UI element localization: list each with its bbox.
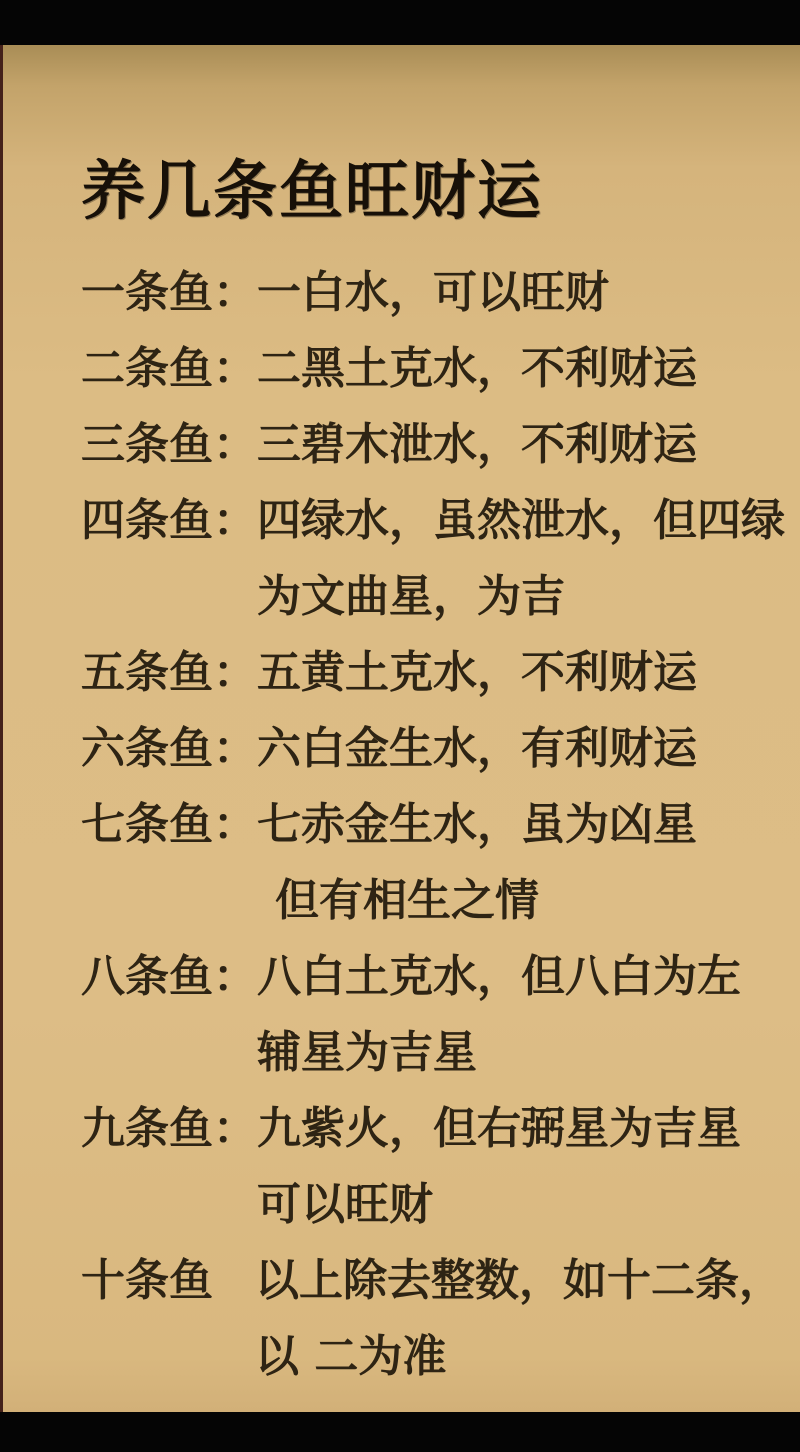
fish-row-10: 十条鱼 以上除去整数，如十二条， 以 二为准: [81, 1243, 782, 1395]
row-label: 五条鱼：: [81, 635, 257, 711]
row-text-line2: 辅星为吉星: [257, 1015, 782, 1091]
fish-rows-list: 一条鱼： 一白水，可以旺财 二条鱼： 二黑土克水，不利财运 三条鱼： 三碧木泄水…: [81, 255, 782, 1395]
row-text-line1: 七赤金生水，虽为凶星: [257, 787, 782, 863]
page-title: 养几条鱼旺财运: [81, 157, 782, 227]
row-text-line1: 五黄土克水，不利财运: [257, 635, 782, 711]
row-text: 一白水，可以旺财: [257, 255, 782, 331]
row-text-line1: 二黑土克水，不利财运: [257, 331, 782, 407]
fish-row-3: 三条鱼： 三碧木泄水，不利财运: [81, 407, 782, 483]
row-text: 三碧木泄水，不利财运: [257, 407, 782, 483]
screenshot-stage: 养几条鱼旺财运 一条鱼： 一白水，可以旺财 二条鱼： 二黑土克水，不利财运 三条…: [0, 0, 800, 1452]
top-letterbox-bar: [0, 0, 800, 45]
row-text: 五黄土克水，不利财运: [257, 635, 782, 711]
row-text-line1: 一白水，可以旺财: [257, 255, 782, 331]
row-label: 六条鱼：: [81, 711, 257, 787]
fish-row-4: 四条鱼： 四绿水，虽然泄水，但四绿 为文曲星，为吉: [81, 483, 782, 635]
row-text-line1: 以上除去整数，如十二条，: [255, 1243, 783, 1319]
row-text: 四绿水，虽然泄水，但四绿 为文曲星，为吉: [257, 483, 785, 635]
row-text-line2: 但有相生之情: [257, 863, 782, 939]
row-label: 一条鱼：: [81, 255, 257, 331]
bottom-letterbox-bar: [0, 1412, 800, 1452]
fish-row-8: 八条鱼： 八白土克水，但八白为左 辅星为吉星: [81, 939, 782, 1091]
row-text-line1: 四绿水，虽然泄水，但四绿: [257, 483, 785, 559]
row-label: 八条鱼：: [81, 939, 257, 1015]
row-text: 二黑土克水，不利财运: [257, 331, 782, 407]
row-text-line1: 六白金生水，有利财运: [257, 711, 782, 787]
fish-row-6: 六条鱼： 六白金生水，有利财运: [81, 711, 782, 787]
row-text-line1: 八白土克水，但八白为左: [257, 939, 782, 1015]
row-text: 九紫火，但右弼星为吉星 可以旺财: [257, 1091, 782, 1243]
row-text-line1: 三碧木泄水，不利财运: [257, 407, 782, 483]
row-label: 三条鱼：: [81, 407, 257, 483]
fish-row-7: 七条鱼： 七赤金生水，虽为凶星 但有相生之情: [81, 787, 782, 939]
fish-row-5: 五条鱼： 五黄土克水，不利财运: [81, 635, 782, 711]
row-text-line1: 九紫火，但右弼星为吉星: [257, 1091, 782, 1167]
row-text-line2: 为文曲星，为吉: [257, 559, 785, 635]
row-text: 七赤金生水，虽为凶星 但有相生之情: [257, 787, 782, 939]
row-text: 八白土克水，但八白为左 辅星为吉星: [257, 939, 782, 1091]
fish-row-1: 一条鱼： 一白水，可以旺财: [81, 255, 782, 331]
row-label: 十条鱼: [81, 1243, 255, 1319]
row-text: 以上除去整数，如十二条， 以 二为准: [255, 1243, 783, 1395]
fish-fengshui-card: 养几条鱼旺财运 一条鱼： 一白水，可以旺财 二条鱼： 二黑土克水，不利财运 三条…: [0, 45, 800, 1412]
row-label: 二条鱼：: [81, 331, 257, 407]
fish-row-2: 二条鱼： 二黑土克水，不利财运: [81, 331, 782, 407]
row-text: 六白金生水，有利财运: [257, 711, 782, 787]
row-text-line2: 可以旺财: [257, 1167, 782, 1243]
row-label: 九条鱼：: [81, 1091, 257, 1167]
row-label: 四条鱼：: [81, 483, 257, 559]
row-label: 七条鱼：: [81, 787, 257, 863]
row-text-line2: 以 二为准: [255, 1319, 783, 1395]
fish-row-9: 九条鱼： 九紫火，但右弼星为吉星 可以旺财: [81, 1091, 782, 1243]
